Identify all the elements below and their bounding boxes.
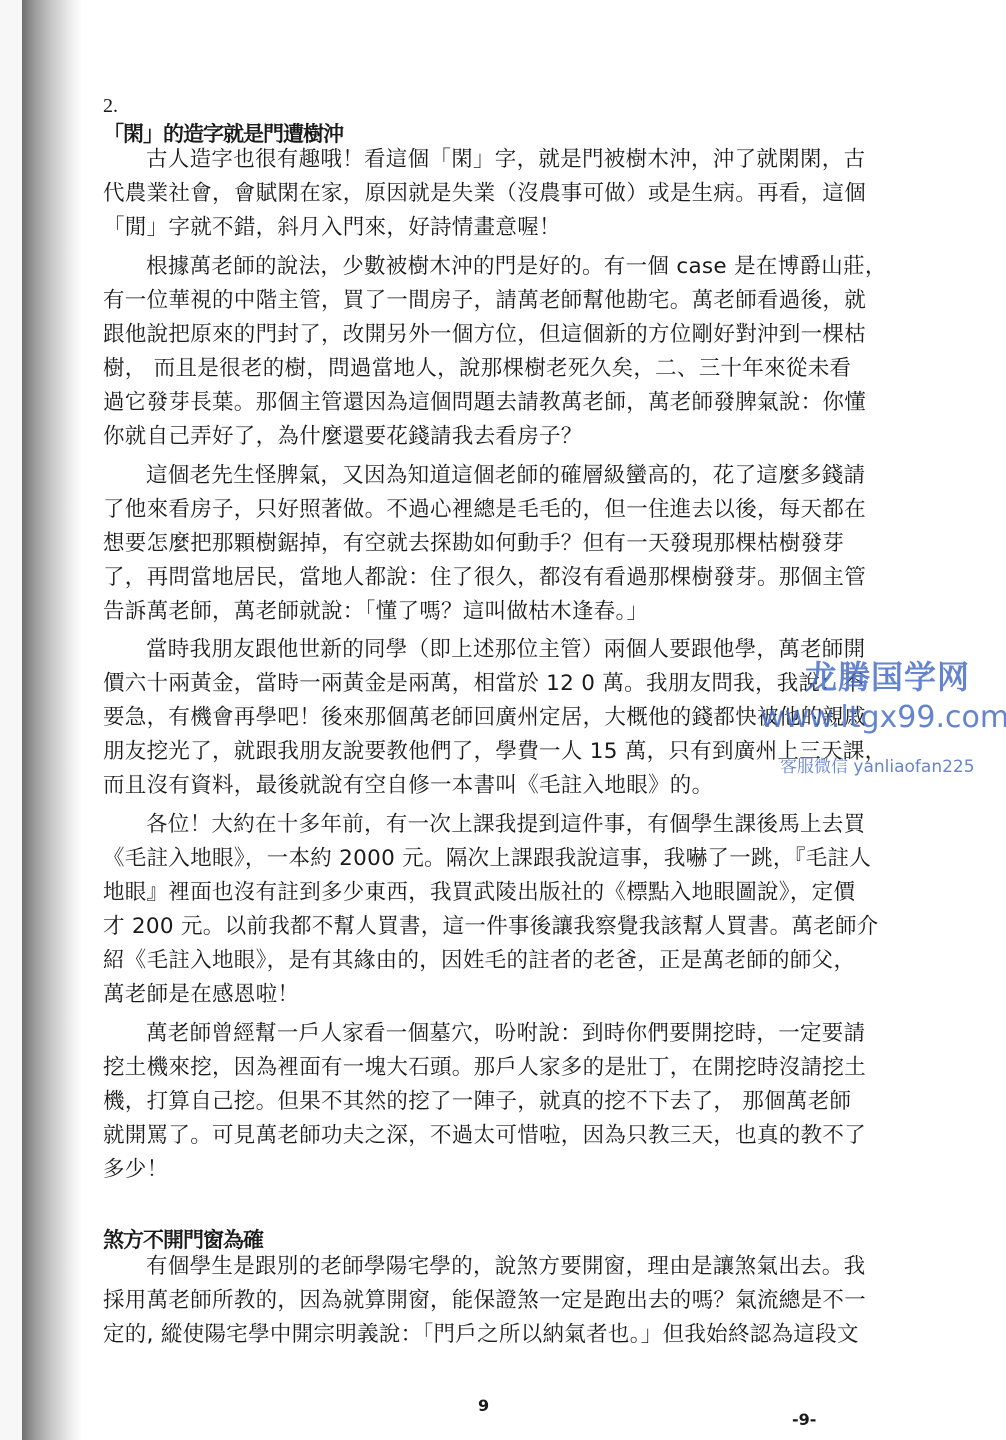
body-line: 「閒」字就不錯，斜月入門來，好詩情畫意喔！ <box>103 211 868 245</box>
body-line: 價六十兩黃金，當時一兩黃金是兩萬，相當於 12 0 萬。我朋友問我，我說：不 <box>103 667 868 701</box>
body-line: 代農業社會，會賦閑在家，原因就是失業（沒農事可做）或是生病。再看，這個 <box>103 177 868 211</box>
page-number-right: -9- <box>792 1410 816 1429</box>
body-line: 機，打算自己挖。但果不其然的挖了一陣子，就真的挖不下去了， 那個萬老師 <box>103 1085 868 1119</box>
body-line: 了，再問當地居民，當地人都說：住了很久，都沒有看過那棵樹發芽。那個主管 <box>103 561 868 595</box>
page-margin <box>0 0 22 1440</box>
body-line: 當時我朋友跟他世新的同學（即上述那位主管）兩個人要跟他學，萬老師開 <box>146 633 868 667</box>
body-line: 萬老師曾經幫一戶人家看一個墓穴，吩咐說：到時你們要開挖時，一定要請 <box>146 1017 868 1051</box>
watermark-url: www.ltgx99.com <box>760 700 1006 735</box>
page-number: 9 <box>478 1396 489 1415</box>
body-line: 想要怎麼把那顆樹鋸掉，有空就去探勘如何動手？但有一天發現那棵枯樹發芽 <box>103 527 868 561</box>
body-line: 多少！ <box>103 1153 868 1187</box>
body-line: 《毛註入地眼》，一本約 2000 元。隔次上課跟我說這事，我嚇了一跳，『毛註人 <box>103 842 868 876</box>
binding-shadow <box>22 0 82 1440</box>
body-line: 採用萬老師所教的，因為就算開窗，能保證煞一定是跑出去的嗎？氣流總是不一 <box>103 1284 868 1318</box>
body-line: 才 200 元。以前我都不幫人買書，這一件事後讓我察覺我該幫人買書。萬老師介 <box>103 910 868 944</box>
body-line: 告訴萬老師，萬老師就說：「懂了嗎？這叫做枯木逢春。」 <box>103 595 868 629</box>
section-number: 2. <box>103 95 118 118</box>
body-line: 定的, 縱使陽宅學中開宗明義說：「門戶之所以納氣者也。」但我始終認為這段文 <box>103 1318 868 1352</box>
body-line: 過它發芽長葉。那個主管還因為這個問題去請教萬老師，萬老師發脾氣說：你懂 <box>103 386 868 420</box>
body-line: 了他來看房子，只好照著做。不過心裡總是毛毛的，但一住進去以後，每天都在 <box>103 493 868 527</box>
body-line: 樹， 而且是很老的樹，問過當地人，說那棵樹老死久矣，二、三十年來從未看 <box>103 352 868 386</box>
watermark-contact: 客服微信 yanliaofan225 <box>780 752 975 777</box>
body-line: 你就自己弄好了，為什麼還要花錢請我去看房子？ <box>103 420 868 454</box>
body-line: 跟他說把原來的門封了，改開另外一個方位，但這個新的方位剛好對沖到一棵枯 <box>103 318 868 352</box>
body-line: 要急，有機會再學吧！後來那個萬老師回廣州定居，大概他的錢都快被他的親戚 <box>103 701 868 735</box>
body-line: 朋友挖光了，就跟我朋友說要教他們了，學費一人 15 萬，只有到廣州上三天課， <box>103 735 868 769</box>
body-line: 各位！大約在十多年前，有一次上課我提到這件事，有個學生課後馬上去買 <box>146 808 868 842</box>
body-line: 古人造字也很有趣哦！看這個「閑」字，就是門被樹木沖，沖了就閑閑，古 <box>146 143 868 177</box>
body-line: 萬老師是在感恩啦！ <box>103 978 868 1012</box>
watermark-site-name: 龙腾国学网 <box>805 652 970 698</box>
body-line: 根據萬老師的說法，少數被樹木沖的門是好的。有一個 case 是在博爵山莊， <box>146 250 868 284</box>
body-line: 挖土機來挖，因為裡面有一塊大石頭。那戶人家多的是壯丁，在開挖時沒請挖土 <box>103 1051 868 1085</box>
body-line: 有個學生是跟別的老師學陽宅學的，說煞方要開窗，理由是讓煞氣出去。我 <box>146 1250 868 1284</box>
body-line: 就開罵了。可見萬老師功夫之深，不過太可惜啦，因為只教三天，也真的教不了 <box>103 1119 868 1153</box>
body-line: 地眼』裡面也沒有註到多少東西，我買武陵出版社的《標點入地眼圖說》，定價 <box>103 876 868 910</box>
body-line: 有一位華視的中階主管，買了一間房子，請萬老師幫他勘宅。萬老師看過後，就 <box>103 284 868 318</box>
body-line: 這個老先生怪脾氣，又因為知道這個老師的確層級蠻高的，花了這麼多錢請 <box>146 459 868 493</box>
body-line: 紹《毛註入地眼》，是有其緣由的，因姓毛的註者的老爸，正是萬老師的師父， <box>103 944 868 978</box>
body-line: 而且沒有資料，最後就說有空自修一本書叫《毛註入地眼》的。 <box>103 769 868 803</box>
